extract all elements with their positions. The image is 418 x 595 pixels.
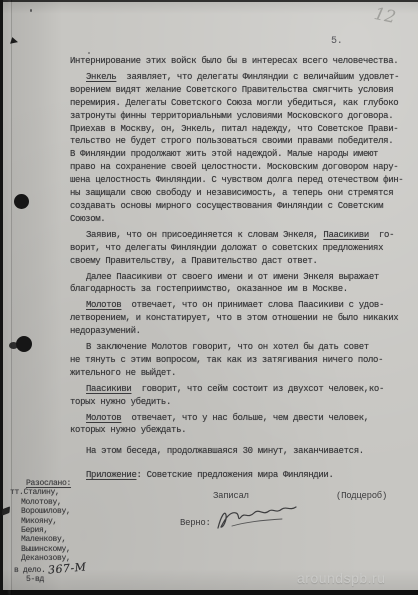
file-note-row: в дело.367-М — [8, 564, 138, 575]
body-line: Заявив, что он присоединяется к словам Э… — [70, 229, 414, 242]
typewritten-body: Интернирование этих войск было бы в инте… — [70, 55, 414, 482]
distribution-item: Вышинскому, — [8, 545, 138, 554]
file-note: в дело. — [14, 566, 46, 575]
text-segment: отвечает, что у нас больше, чем двести ч… — [121, 413, 369, 423]
paper-speck — [30, 9, 32, 12]
body-line: Далее Паасикиви от своего имени и от име… — [70, 271, 414, 284]
body-line: шена целостность Финляндии. С чувством д… — [70, 174, 414, 187]
body-line: ворит, что делегаты Финляндии доложат о … — [70, 242, 414, 255]
text-segment: создавать основы мирного сосуществования… — [70, 201, 383, 211]
page-number: 5. — [331, 36, 342, 47]
body-line: В Финляндии продолжают жить этой надеждо… — [70, 148, 414, 161]
text-segment: право на сохранение своей целостности. М… — [70, 162, 398, 172]
body-line: В заключение Молотов говорит, что он хот… — [70, 341, 414, 354]
text-segment: своему Правительству, а Правительство да… — [70, 256, 318, 266]
text-segment: жительного не выйдет. — [70, 368, 176, 378]
body-line: создавать основы мирного сосуществования… — [70, 200, 414, 213]
department-code: 5-вд — [8, 575, 138, 584]
paragraph: Паасикиви говорит, что сейм состоит из д… — [70, 383, 414, 409]
text-segment: ворит, что делегаты Финляндии доложат о … — [70, 243, 383, 253]
text-segment: ны защищали свою свободу и независимость… — [70, 188, 393, 198]
underlined-name: Паасикиви — [323, 230, 368, 240]
certified-label: Верно: — [180, 518, 211, 528]
body-line: тельство не будет строго пользоваться св… — [70, 135, 414, 148]
text-segment: заявляет, что делегаты Финляндии с велич… — [116, 72, 399, 82]
underlined-name: Паасикиви — [86, 384, 131, 394]
distribution-item: Маленкову, — [8, 535, 138, 544]
body-line: недоразумений. — [70, 325, 414, 338]
distribution-heading: Разослано: — [8, 479, 138, 488]
paragraph: Энкель заявляет, что делегаты Финляндии … — [70, 71, 414, 226]
underlined-name: Молотов — [86, 300, 121, 310]
paragraph: Далее Паасикиви от своего имени и от име… — [70, 271, 414, 297]
body-line: право на сохранение своей целостности. М… — [70, 161, 414, 174]
distribution-item: Ворошилову, — [8, 507, 138, 516]
text-segment: В заключение Молотов говорит, что он хот… — [86, 342, 369, 352]
handwritten-page-mark: 12 — [372, 4, 397, 28]
scan-edge-bottom — [0, 590, 418, 595]
text-segment: которых нужно убеждать. — [70, 425, 186, 435]
underlined-name: Энкель — [86, 72, 116, 82]
text-segment: недоразумений. — [70, 326, 141, 336]
recorded-label: Записал — [213, 491, 249, 501]
body-line: Союзом. — [70, 213, 414, 226]
paragraph: Заявив, что он присоединяется к словам Э… — [70, 229, 414, 268]
text-segment: Приехав в Москву, он, Энкель, питал наде… — [70, 124, 398, 134]
hole-punch-smudge — [9, 342, 18, 349]
distribution-item: Берия, — [8, 526, 138, 535]
scan-edge-top — [0, 0, 418, 2]
hole-punch — [16, 336, 32, 352]
handwritten-file-number: 367-М — [47, 562, 86, 575]
body-line: не тянуть с этим вопросом, так как из за… — [70, 354, 414, 367]
paragraph: Молотов отвечает, что он принимает слова… — [70, 299, 414, 338]
text-segment: Союзом. — [70, 214, 105, 224]
paper-speck — [88, 52, 90, 54]
text-segment: летворением, и констатирует, что в этом … — [70, 313, 398, 323]
recorder-name: (Подцероб) — [336, 491, 387, 501]
text-segment: ворением видят желание Советского Правит… — [70, 85, 393, 95]
paragraph: В заключение Молотов говорит, что он хот… — [70, 341, 414, 380]
text-segment: : Советские предложения мира Финляндии. — [137, 470, 334, 480]
body-line: своему Правительству, а Правительство да… — [70, 255, 414, 268]
text-segment: го- — [369, 230, 394, 240]
body-line: Энкель заявляет, что делегаты Финляндии … — [70, 71, 414, 84]
text-segment: На этом беседа, продолжавшаяся 30 минут,… — [86, 446, 364, 456]
body-line: затронуты финны территориальными условия… — [70, 110, 414, 123]
text-segment: торых нужно убедить. — [70, 397, 171, 407]
body-line: торых нужно убедить. — [70, 396, 414, 409]
text-segment: шена целостность Финляндии. С чувством д… — [70, 175, 403, 185]
body-line: Интернирование этих войск было бы в инте… — [70, 55, 414, 68]
scan-edge-left — [0, 0, 3, 595]
paragraph: Интернирование этих войск было бы в инте… — [70, 55, 414, 68]
text-segment: Заявив, что он присоединяется к словам Э… — [86, 230, 323, 240]
paragraph: На этом беседа, продолжавшаяся 30 минут,… — [70, 445, 414, 458]
body-line: жительного не выйдет. — [70, 367, 414, 380]
text-segment: Далее Паасикиви от своего имени и от име… — [86, 272, 379, 282]
body-line: ворением видят желание Советского Правит… — [70, 84, 414, 97]
hole-punch — [14, 194, 29, 209]
text-segment: благодарность за гостеприимство, оказанн… — [70, 284, 348, 294]
text-segment: отвечает, что он принимает слова Паасики… — [121, 300, 384, 310]
signature — [212, 502, 304, 536]
body-line: ны защищали свою свободу и независимость… — [70, 187, 414, 200]
body-line: Молотов отвечает, что у нас больше, чем … — [70, 412, 414, 425]
body-line: летворением, и констатирует, что в этом … — [70, 312, 414, 325]
body-line: Приехав в Москву, он, Энкель, питал наде… — [70, 123, 414, 136]
body-line: благодарность за гостеприимство, оказанн… — [70, 283, 414, 296]
text-segment: В Финляндии продолжают жить этой надеждо… — [70, 149, 378, 159]
body-line: Молотов отвечает, что он принимает слова… — [70, 299, 414, 312]
body-line: На этом беседа, продолжавшаяся 30 минут,… — [70, 445, 414, 458]
scanned-document-page: 12 5. Интернирование этих войск было бы … — [0, 0, 418, 595]
distribution-item: Микояну, — [8, 517, 138, 526]
text-segment: затронуты финны территориальными условия… — [70, 111, 393, 121]
text-segment: Интернирование этих войск было бы в инте… — [70, 56, 398, 66]
underlined-name: Молотов — [86, 413, 121, 423]
body-line: Паасикиви говорит, что сейм состоит из д… — [70, 383, 414, 396]
distribution-item: тт.Сталину, — [8, 488, 138, 497]
text-segment: говорит, что сейм состоит из двухсот чел… — [131, 384, 384, 394]
text-segment: перемирия. Делегаты Советского Союза мог… — [70, 98, 398, 108]
distribution-list: Разослано: тт.Сталину,Молотову,Ворошилов… — [8, 479, 138, 584]
distribution-items: тт.Сталину,Молотову,Ворошилову,Микояну,Б… — [8, 488, 138, 563]
text-segment: тельство не будет строго пользоваться св… — [70, 136, 393, 146]
body-line: которых нужно убеждать. — [70, 424, 414, 437]
body-line: перемирия. Делегаты Советского Союза мог… — [70, 97, 414, 110]
paragraph: Молотов отвечает, что у нас больше, чем … — [70, 412, 414, 438]
text-segment: не тянуть с этим вопросом, так как из за… — [70, 355, 383, 365]
site-watermark: aroundspb.ru — [297, 570, 386, 586]
distribution-item: Молотову, — [8, 498, 138, 507]
